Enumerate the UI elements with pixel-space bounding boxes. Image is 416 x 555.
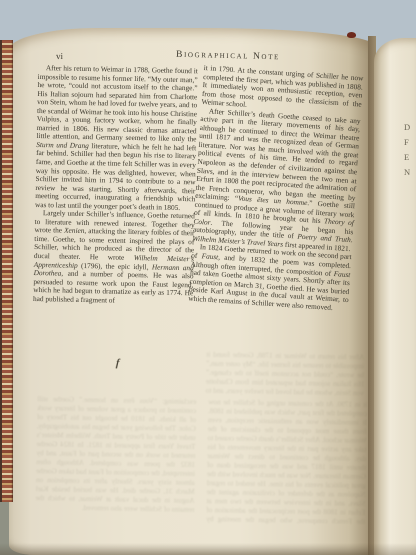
- paragraph: After Schiller’s death Goethe ceased to …: [192, 107, 361, 254]
- edge-letter: D: [404, 120, 416, 135]
- left-text-column: After his return to Weimar in 1788, Goet…: [33, 64, 198, 307]
- edge-letter: N: [404, 165, 416, 180]
- book-spine-binding: [0, 40, 13, 502]
- edge-letter: F: [404, 135, 416, 150]
- book-photo: { "palette": { "backdrop_blue": "#b5c1ca…: [0, 0, 416, 555]
- right-text-column: it in 1790. At the constant urging of Sc…: [188, 64, 364, 313]
- spine-headband: [347, 32, 356, 38]
- paragraph: Largely under Schiller’s influence, Goet…: [33, 209, 195, 306]
- edge-letter: E: [404, 150, 416, 165]
- facing-page-letters: DFEN: [404, 120, 416, 180]
- bottom-shadow: [0, 543, 416, 555]
- page-number: vi: [56, 51, 63, 61]
- paragraph: In 1824 Goethe returned to work on the s…: [188, 243, 352, 313]
- facing-page-edge: [374, 38, 416, 555]
- paragraph: After his return to Weimar in 1788, Goet…: [35, 64, 198, 213]
